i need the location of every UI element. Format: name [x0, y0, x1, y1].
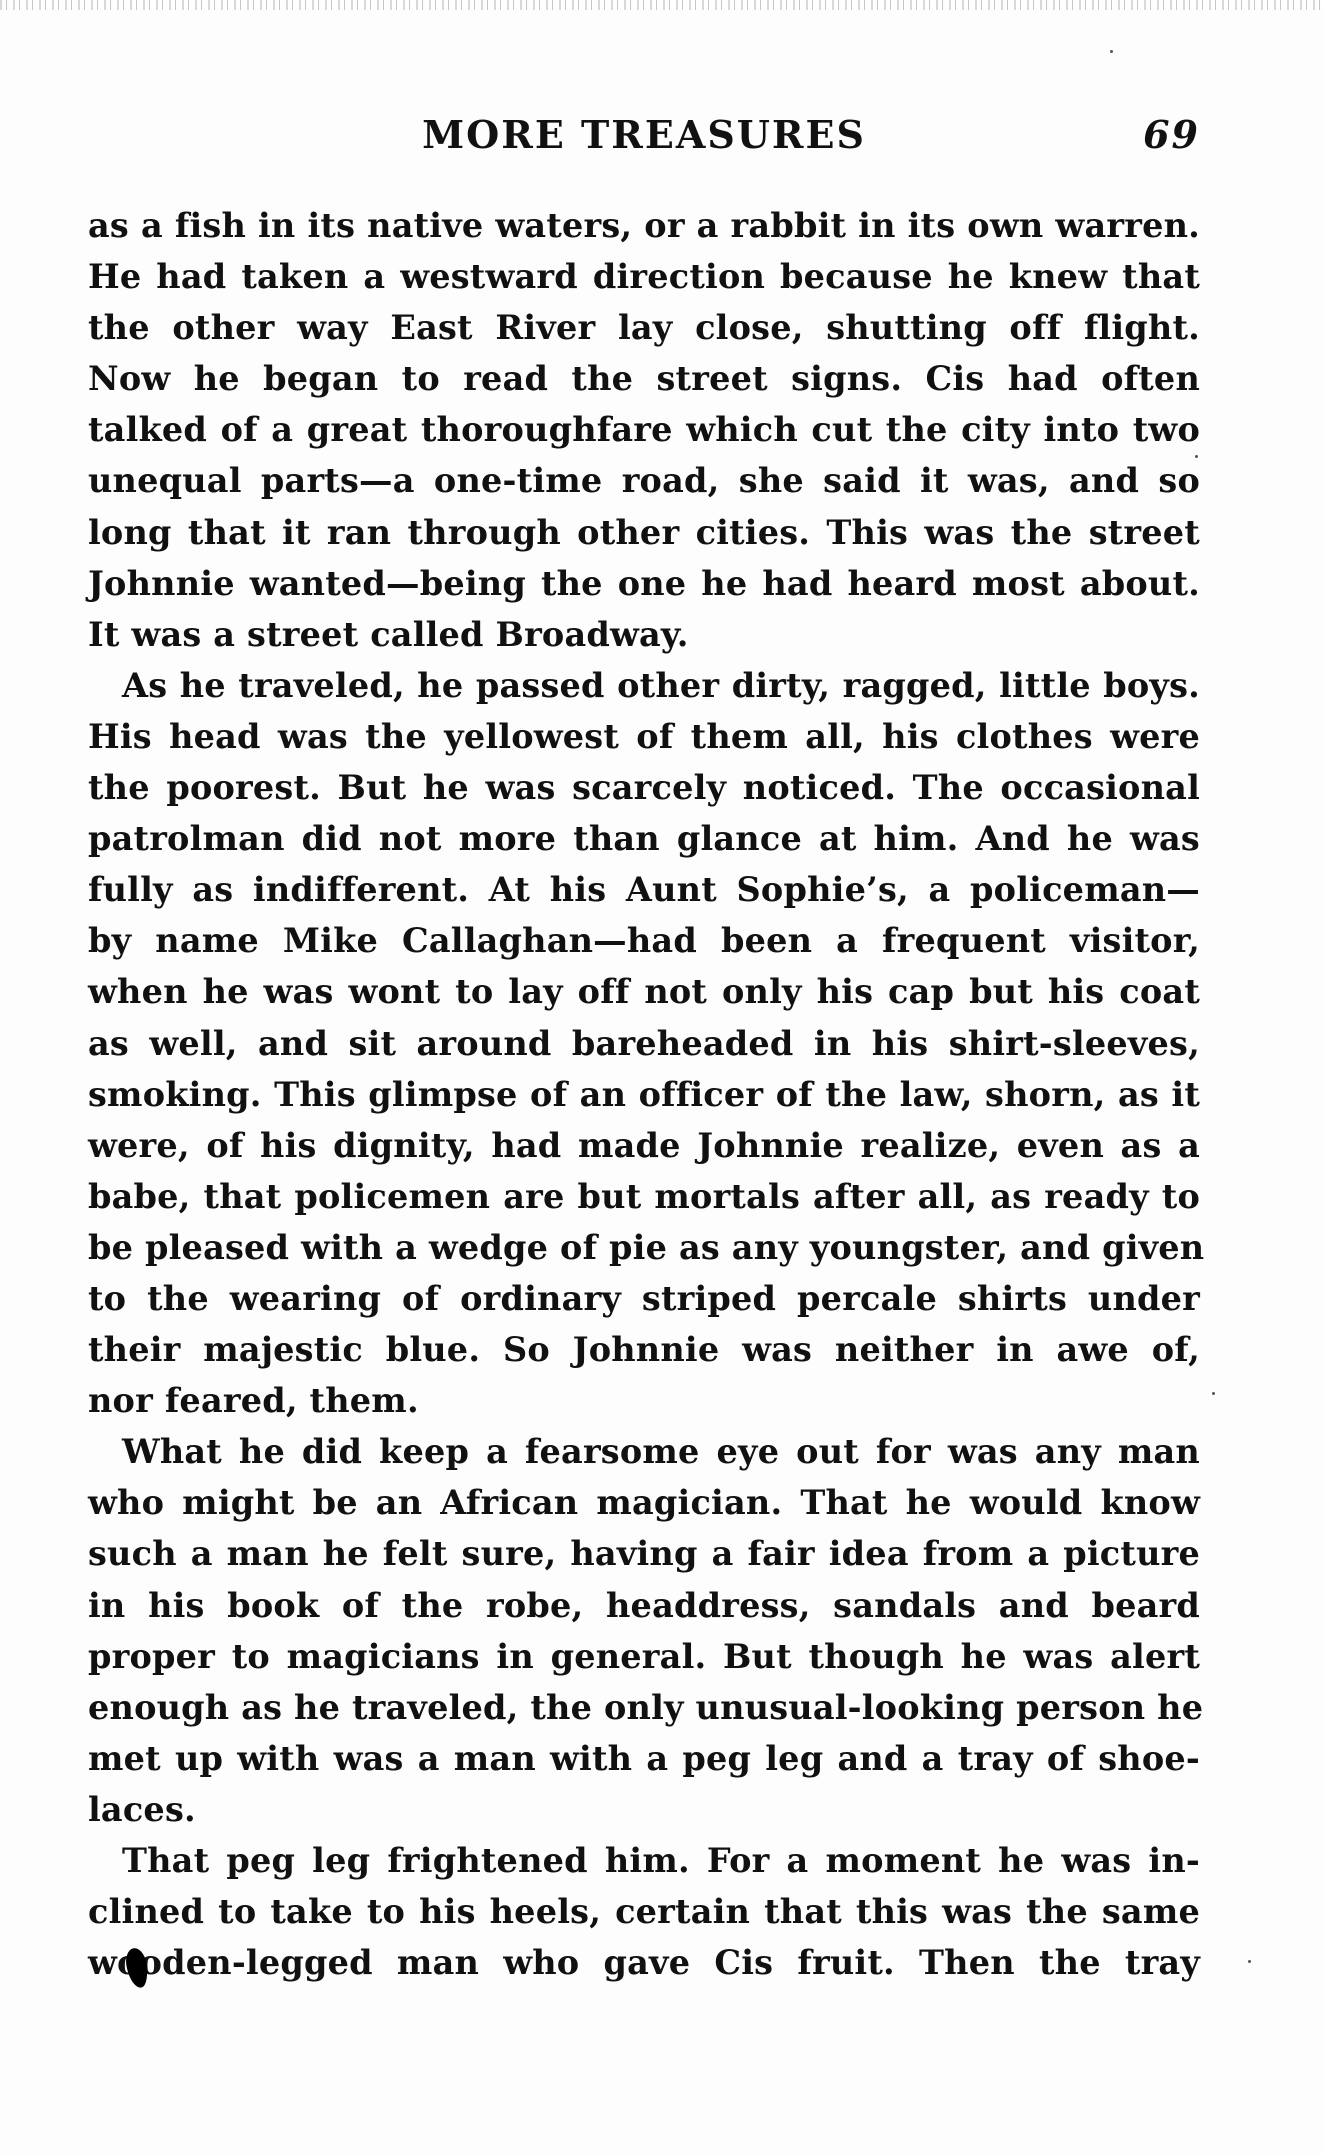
text-line: He had taken a westward direction becaus… — [88, 251, 1200, 302]
text-line: be pleased with a wedge of pie as any yo… — [88, 1222, 1200, 1273]
text-line: nor feared, them. — [88, 1375, 1200, 1426]
text-line: to the wearing of ordinary striped perca… — [88, 1273, 1200, 1324]
text-line: were, of his dignity, had made Johnnie r… — [88, 1120, 1200, 1171]
text-line: who might be an African magician. That h… — [88, 1477, 1200, 1528]
scan-edge-noise — [0, 0, 1323, 10]
text-line: as a fish in its native waters, or a rab… — [88, 200, 1200, 251]
text-line: fully as indifferent. At his Aunt Sophie… — [88, 864, 1200, 915]
paragraph: As he traveled, he passed other dirty, r… — [88, 660, 1200, 1426]
scan-speck — [1248, 1960, 1251, 1963]
scan-speck — [1212, 1392, 1215, 1395]
text-line: It was a street called Broadway. — [88, 609, 1200, 660]
scan-speck — [1195, 455, 1198, 458]
text-line: in his book of the robe, headdress, sand… — [88, 1580, 1200, 1631]
book-page: MORE TREASURES 69 as a fish in its nativ… — [0, 0, 1323, 2154]
text-line: What he did keep a fearsome eye out for … — [88, 1426, 1200, 1477]
text-line: unequal parts—a one-time road, she said … — [88, 455, 1200, 506]
paragraph: as a fish in its native waters, or a rab… — [88, 200, 1200, 660]
page-number: 69 — [1143, 112, 1200, 157]
text-line: That peg leg frightened him. For a momen… — [88, 1835, 1200, 1886]
text-line: when he was wont to lay off not only his… — [88, 966, 1200, 1017]
text-line: as well, and sit around bareheaded in hi… — [88, 1018, 1200, 1069]
text-line: Now he began to read the street signs. C… — [88, 353, 1200, 404]
text-line: babe, that policemen are but mortals aft… — [88, 1171, 1200, 1222]
text-line: the poorest. But he was scarcely noticed… — [88, 762, 1200, 813]
paragraph: What he did keep a fearsome eye out for … — [88, 1426, 1200, 1835]
text-line: smoking. This glimpse of an officer of t… — [88, 1069, 1200, 1120]
text-line: proper to magicians in general. But thou… — [88, 1631, 1200, 1682]
page-header: MORE TREASURES 69 — [88, 112, 1200, 172]
scan-speck — [1110, 50, 1113, 53]
text-line: such a man he felt sure, having a fair i… — [88, 1528, 1200, 1579]
text-line: As he traveled, he passed other dirty, r… — [88, 660, 1200, 711]
running-title: MORE TREASURES — [88, 112, 1200, 157]
body-text: as a fish in its native waters, or a rab… — [88, 200, 1200, 1988]
text-line: talked of a great thoroughfare which cut… — [88, 404, 1200, 455]
text-line: clined to take to his heels, certain tha… — [88, 1886, 1200, 1937]
text-line: the other way East River lay close, shut… — [88, 302, 1200, 353]
text-line: His head was the yellowest of them all, … — [88, 711, 1200, 762]
text-line: wooden-legged man who gave Cis fruit. Th… — [88, 1937, 1200, 1988]
text-line: by name Mike Callaghan—had been a freque… — [88, 915, 1200, 966]
text-line: laces. — [88, 1784, 1200, 1835]
text-line: patrolman did not more than glance at hi… — [88, 813, 1200, 864]
text-line: met up with was a man with a peg leg and… — [88, 1733, 1200, 1784]
text-line: long that it ran through other cities. T… — [88, 507, 1200, 558]
text-line: enough as he traveled, the only unusual-… — [88, 1682, 1200, 1733]
text-line: their majestic blue. So Johnnie was neit… — [88, 1324, 1200, 1375]
paragraph: That peg leg frightened him. For a momen… — [88, 1835, 1200, 1988]
text-line: Johnnie wanted—being the one he had hear… — [88, 558, 1200, 609]
